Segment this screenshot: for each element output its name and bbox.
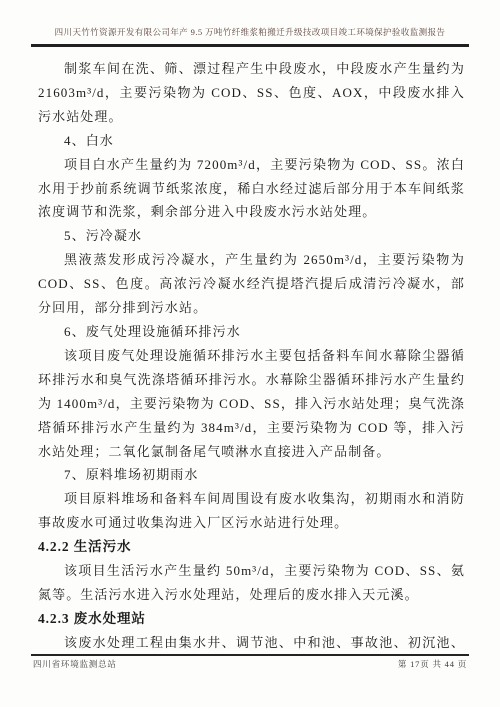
document-page: 四川天竹竹资源开发有限公司年产 9.5 万吨竹纤维浆粕搬迁升级技改项目竣工环境保… — [0, 0, 500, 707]
paragraph-white-water: 项目白水产生量约为 7200m³/d，主要污染物为 COD、SS。浓白水用于抄前… — [38, 153, 465, 225]
section-heading-domestic-sewage: 4.2.2 生活污水 — [38, 535, 465, 559]
document-body: 制浆车间在洗、筛、漂过程产生中段废水，中段废水产生量约为 21603m³/d，主… — [38, 57, 465, 651]
footer-page-number: 第 17页 共 44 页 — [398, 658, 467, 670]
footer-divider — [31, 654, 469, 656]
numbered-subheading-initial-rainwater: 7、原料堆场初期雨水 — [38, 463, 465, 487]
numbered-subheading-foul-condensate: 5、污冷凝水 — [38, 224, 465, 248]
paragraph-midstage-wastewater: 制浆车间在洗、筛、漂过程产生中段废水，中段废水产生量约为 21603m³/d，主… — [38, 57, 465, 129]
header-divider — [31, 44, 469, 47]
numbered-subheading-gas-treatment-blowdown: 6、废气处理设施循环排污水 — [38, 320, 465, 344]
numbered-subheading-white-water: 4、白水 — [38, 129, 465, 153]
paragraph-domestic-sewage: 该项目生活污水产生量约 50m³/d，主要污染物为 COD、SS、氨氮等。生活污… — [38, 559, 465, 607]
paragraph-wastewater-station: 该废水处理工程由集水井、调节池、中和池、事故池、初沉池、一级气 — [38, 631, 465, 651]
report-header-title: 四川天竹竹资源开发有限公司年产 9.5 万吨竹纤维浆粕搬迁升级技改项目竣工环境保… — [20, 26, 480, 38]
paragraph-gas-treatment-blowdown: 该项目废气处理设施循环排污水主要包括备料车间水幕除尘器循环排污水和臭气洗涤塔循环… — [38, 344, 465, 464]
footer-organization: 四川省环境监测总站 — [33, 658, 117, 670]
section-heading-wastewater-station: 4.2.3 废水处理站 — [38, 607, 465, 631]
paragraph-initial-rainwater: 项目原料堆场和备料车间周围设有废水收集沟，初期雨水和消防事故废水可通过收集沟进入… — [38, 487, 465, 535]
paragraph-foul-condensate: 黑液蒸发形成污冷凝水，产生量约为 2650m³/d，主要污染物为 COD、SS、… — [38, 248, 465, 320]
page-footer: 四川省环境监测总站 第 17页 共 44 页 — [33, 658, 467, 670]
